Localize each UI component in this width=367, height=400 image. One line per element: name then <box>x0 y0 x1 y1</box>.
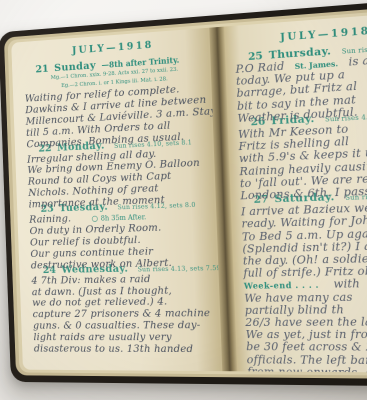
right-page: JULY—1918 25 Thursday. Sun rises 4.14, s… <box>224 0 367 374</box>
handwriting-line: is at <box>348 55 367 69</box>
handwriting-line: disasterous to us. 13th handed <box>34 344 218 356</box>
moon-phase-label: ○8h 35m After. <box>91 212 146 222</box>
diary-book: JULY—1918 21 Sunday —8th after Trinity. … <box>7 0 367 378</box>
left-page: JULY—1918 21 Sunday —8th after Trinity. … <box>11 28 222 371</box>
photo-background: JULY—1918 21 Sunday —8th after Trinity. … <box>0 0 367 400</box>
open-pages: JULY—1918 21 Sunday —8th after Trinity. … <box>11 0 367 374</box>
full-moon-icon: ○ <box>91 214 98 223</box>
weekend-label: Week-end . . . . <box>244 280 319 291</box>
moon-phase-time: 8h 35m After. <box>101 213 147 222</box>
handwriting-line: with <box>333 279 360 292</box>
day-number: 21 <box>35 63 49 75</box>
month-header-right: JULY—1918 <box>248 23 367 46</box>
